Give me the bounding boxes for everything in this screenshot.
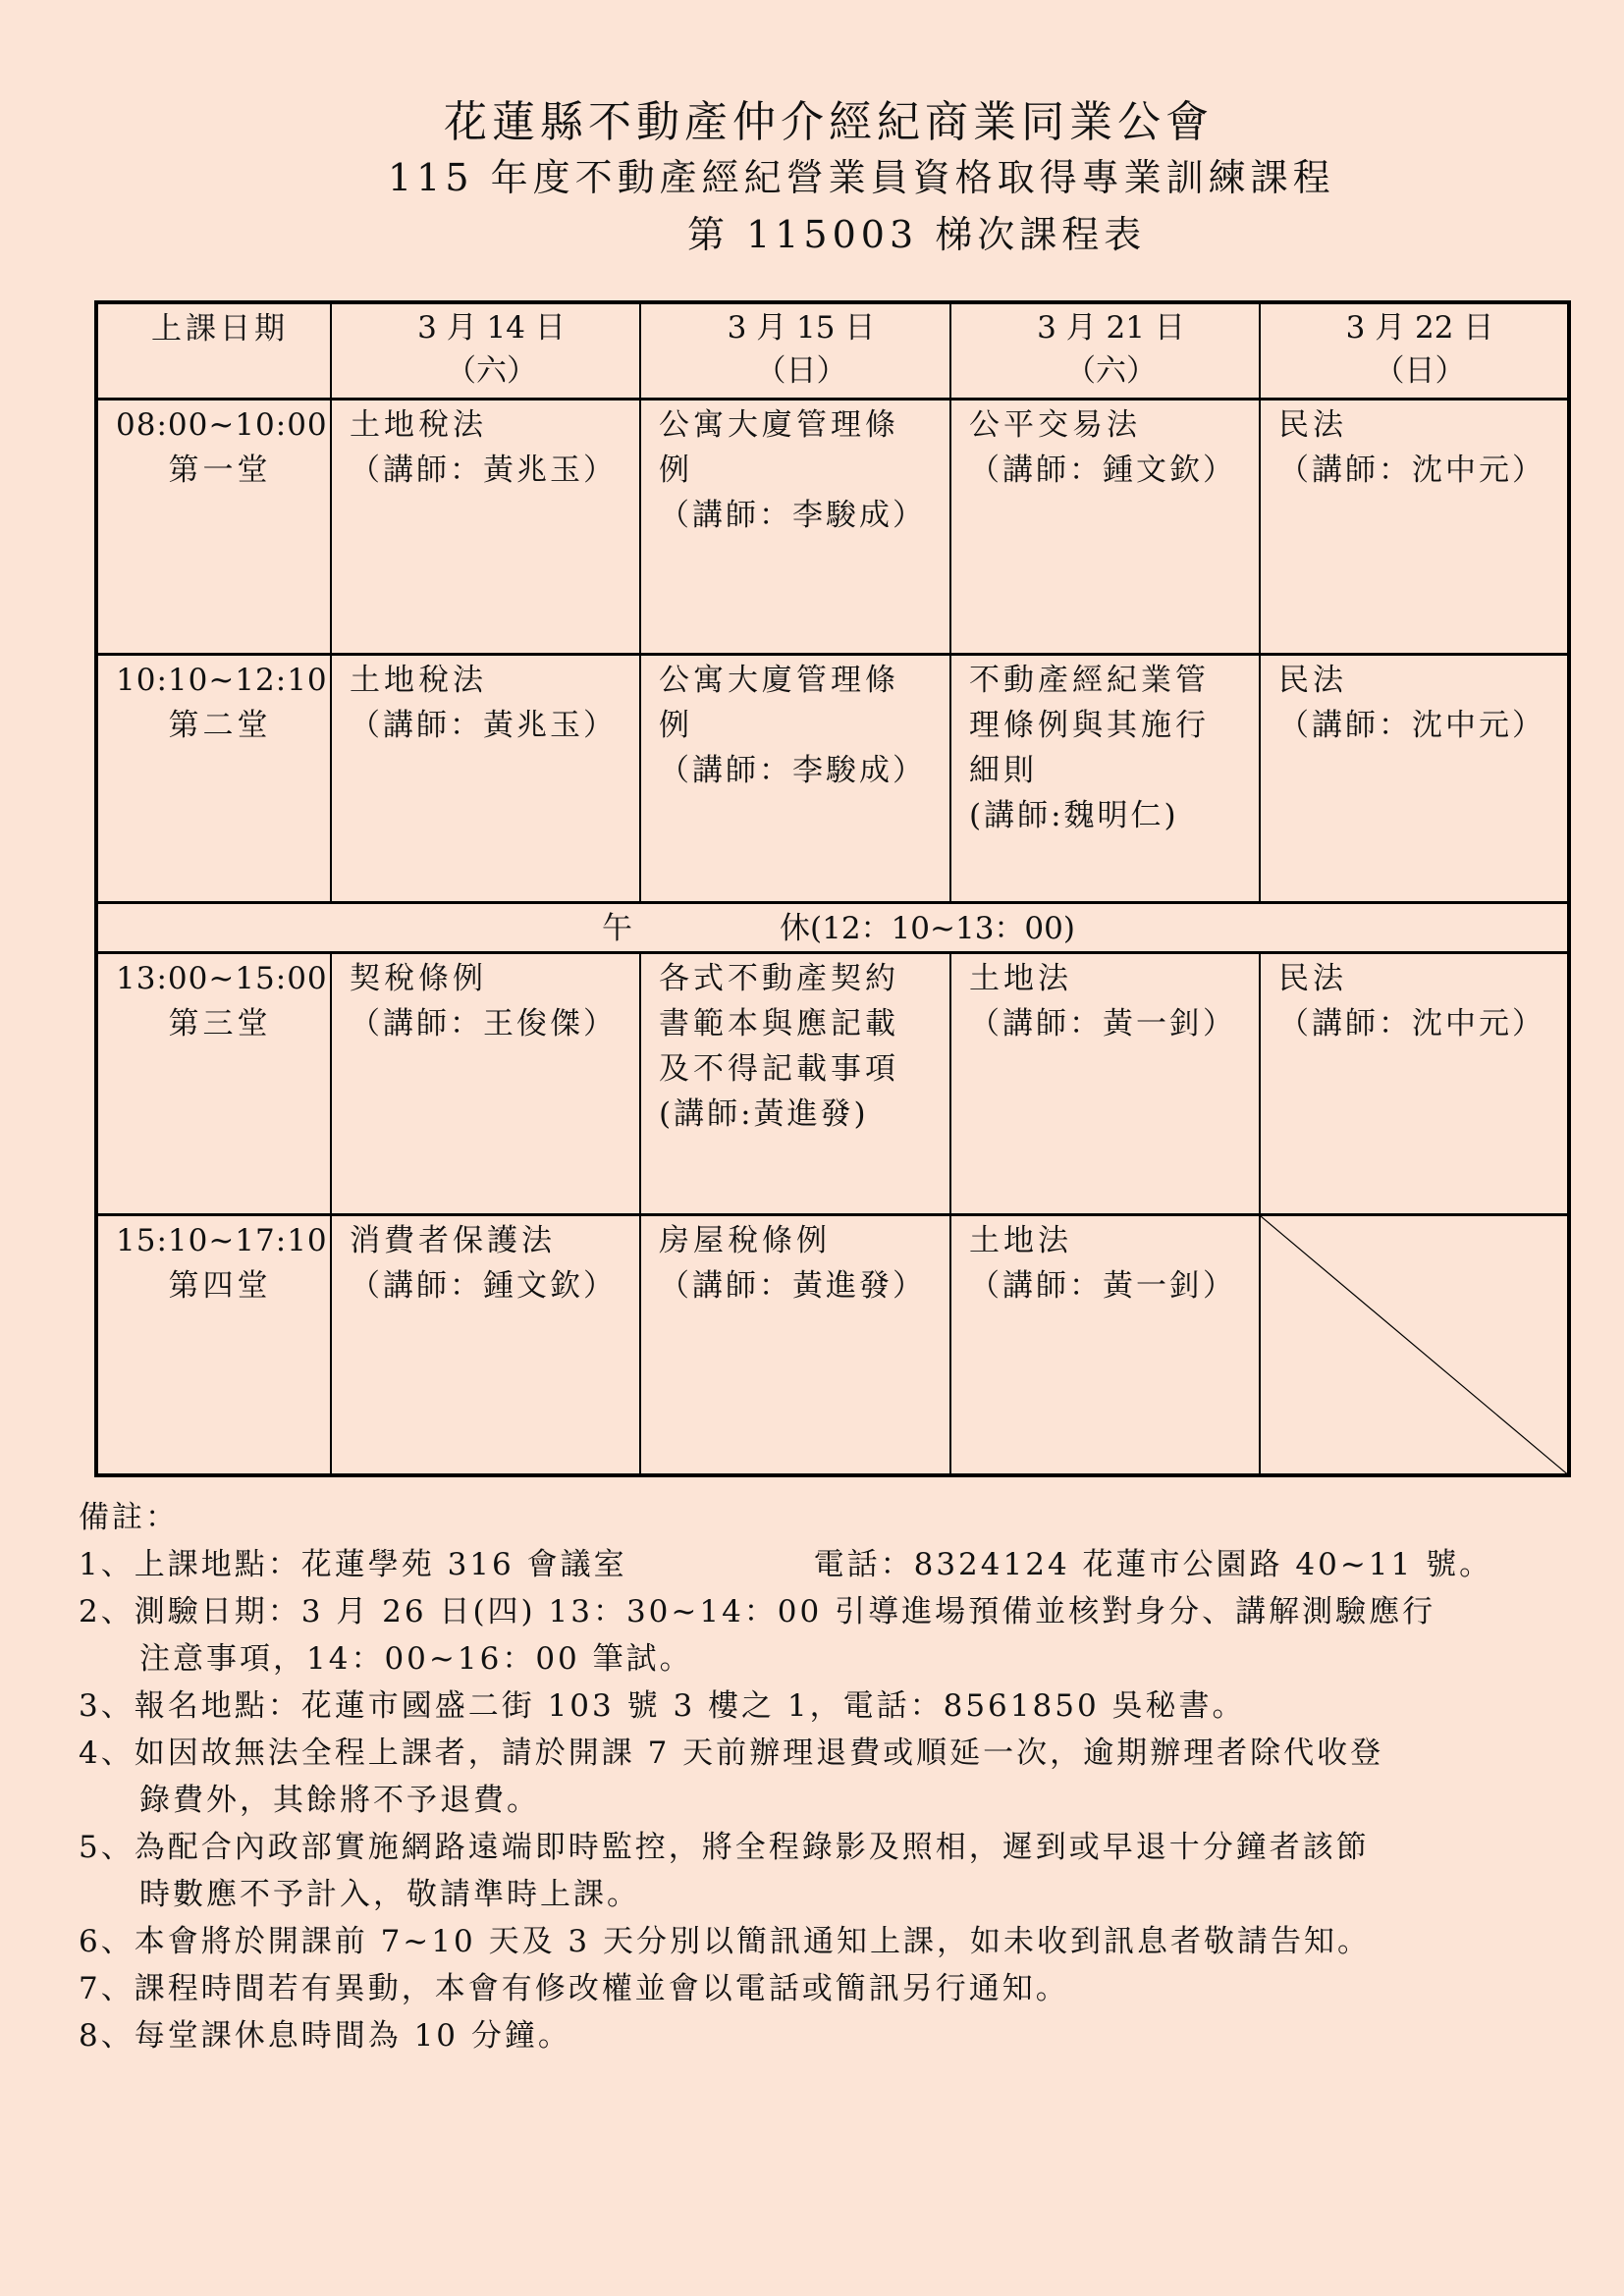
course-cell: 土地法 （講師：黃一釗）	[950, 1214, 1260, 1475]
note-text: 電話：8324124 花蓮市公園路 40~11 號。	[814, 1547, 1493, 1582]
course-name: 及不得記載事項	[659, 1046, 944, 1092]
note-item: 7、課程時間若有異動，本會有修改權並會以電話或簡訊另行通知。	[79, 1965, 1492, 2012]
day-date: 3 月 21 日	[969, 306, 1253, 349]
notes-section: 備註： 1、上課地點：花蓮學苑 316 會議室電話：8324124 花蓮市公園路…	[79, 1494, 1492, 2059]
course-name: 細則	[969, 748, 1253, 793]
note-text: 1、上課地點：花蓮學苑 316 會議室	[79, 1547, 627, 1582]
course-name: 公平交易法	[969, 402, 1253, 448]
course-name: 不動產經紀業管	[969, 658, 1253, 703]
course-name: 民法	[1278, 402, 1561, 448]
note-item: 5、為配合內政部實施網路遠端即時監控，將全程錄影及照相，遲到或早退十分鐘者該節	[79, 1824, 1492, 1871]
slot-time: 15:10~17:10	[116, 1218, 324, 1263]
course-name: 例	[659, 703, 944, 748]
day-header: 3 月 21 日 （六）	[950, 302, 1260, 399]
course-cell: 土地稅法 （講師：黃兆玉）	[331, 654, 640, 902]
teacher-name: （講師：鍾文欽）	[969, 448, 1253, 493]
slot-name: 第二堂	[116, 703, 324, 748]
day-weekday: （日）	[1278, 349, 1561, 393]
note-item: 8、每堂課休息時間為 10 分鐘。	[79, 2012, 1492, 2059]
org-name-title: 花蓮縣不動產仲介經紀商業同業公會	[444, 86, 1214, 149]
course-cell: 各式不動產契約 書範本與應記載 及不得記載事項 (講師:黃進發)	[640, 952, 950, 1214]
course-cell: 契稅條例 （講師：王俊傑）	[331, 952, 640, 1214]
course-cell: 土地稅法 （講師：黃兆玉）	[331, 399, 640, 654]
slot-time: 10:10~12:10	[116, 658, 324, 703]
day-date: 3 月 14 日	[350, 306, 633, 349]
course-name: 理條例與其施行	[969, 703, 1253, 748]
course-cell: 民法 （講師：沈中元）	[1260, 952, 1569, 1214]
course-cell: 消費者保護法 （講師：鍾文欽）	[331, 1214, 640, 1475]
teacher-name: （講師：沈中元）	[1278, 703, 1561, 748]
schedule-table: 上課日期 3 月 14 日 （六） 3 月 15 日 （日） 3 月 21 日 …	[94, 300, 1571, 1477]
course-name: 土地法	[969, 956, 1253, 1001]
course-cell: 民法 （講師：沈中元）	[1260, 654, 1569, 902]
course-name: 消費者保護法	[350, 1218, 633, 1263]
lunch-label: 午	[602, 906, 632, 951]
day-date: 3 月 15 日	[659, 306, 944, 349]
course-name: 土地稅法	[350, 402, 633, 448]
course-name: 公寓大廈管理條	[659, 402, 944, 448]
period-row: 15:10~17:10 第四堂 消費者保護法 （講師：鍾文欽） 房屋稅條例 （講…	[96, 1214, 1569, 1475]
slot-name: 第四堂	[116, 1263, 324, 1308]
course-name: 民法	[1278, 658, 1561, 703]
course-title: 115 年度不動產經紀營業員資格取得專業訓練課程	[388, 147, 1335, 201]
day-weekday: （日）	[659, 349, 944, 393]
time-slot: 10:10~12:10 第二堂	[96, 654, 331, 902]
note-item-cont: 時數應不予計入，敬請準時上課。	[79, 1871, 1492, 1918]
lunch-time: 休(12：10~13：00)	[780, 911, 1075, 946]
course-name: 土地稅法	[350, 658, 633, 703]
course-name: 各式不動產契約	[659, 956, 944, 1001]
corner-label: 上課日期	[96, 302, 331, 399]
teacher-name: （講師：李駿成）	[659, 493, 944, 538]
period-row: 13:00~15:00 第三堂 契稅條例 （講師：王俊傑） 各式不動產契約 書範…	[96, 952, 1569, 1214]
teacher-name: （講師：沈中元）	[1278, 1001, 1561, 1046]
course-cell: 不動產經紀業管 理條例與其施行 細則 (講師:魏明仁)	[950, 654, 1260, 902]
day-date: 3 月 22 日	[1278, 306, 1561, 349]
course-cell: 公寓大廈管理條 例 （講師：李駿成）	[640, 399, 950, 654]
course-name: 公寓大廈管理條	[659, 658, 944, 703]
teacher-name: （講師：沈中元）	[1278, 448, 1561, 493]
teacher-name: （講師：李駿成）	[659, 748, 944, 793]
note-item: 3、報名地點：花蓮市國盛二街 103 號 3 樓之 1，電話：8561850 吳…	[79, 1682, 1492, 1730]
time-slot: 08:00~10:00 第一堂	[96, 399, 331, 654]
slot-name: 第一堂	[116, 448, 324, 493]
teacher-name: （講師：黃兆玉）	[350, 448, 633, 493]
teacher-name: （講師：黃一釗）	[969, 1001, 1253, 1046]
teacher-name: （講師：黃進發）	[659, 1263, 944, 1308]
header-row: 上課日期 3 月 14 日 （六） 3 月 15 日 （日） 3 月 21 日 …	[96, 302, 1569, 399]
period-row: 08:00~10:00 第一堂 土地稅法 （講師：黃兆玉） 公寓大廈管理條 例 …	[96, 399, 1569, 654]
note-item-cont: 錄費外，其餘將不予退費。	[79, 1777, 1492, 1824]
note-item: 2、測驗日期：3 月 26 日(四) 13：30~14：00 引導進場預備並核對…	[79, 1588, 1492, 1635]
teacher-name: （講師：黃兆玉）	[350, 703, 633, 748]
time-slot: 13:00~15:00 第三堂	[96, 952, 331, 1214]
course-cell: 土地法 （講師：黃一釗）	[950, 952, 1260, 1214]
teacher-name: (講師:魏明仁)	[969, 793, 1253, 838]
notes-heading: 備註：	[79, 1494, 1492, 1541]
note-item: 1、上課地點：花蓮學苑 316 會議室電話：8324124 花蓮市公園路 40~…	[79, 1541, 1492, 1588]
course-name: 書範本與應記載	[659, 1001, 944, 1046]
teacher-name: （講師：王俊傑）	[350, 1001, 633, 1046]
teacher-name: (講師:黃進發)	[659, 1092, 944, 1137]
diagonal-slash-icon	[1261, 1216, 1567, 1474]
day-header: 3 月 14 日 （六）	[331, 302, 640, 399]
course-name: 例	[659, 448, 944, 493]
note-item: 4、如因故無法全程上課者，請於開課 7 天前辦理退費或順延一次，逾期辦理者除代收…	[79, 1730, 1492, 1777]
batch-title: 第 115003 梯次課程表	[687, 204, 1146, 258]
course-name: 民法	[1278, 956, 1561, 1001]
empty-cell-slash	[1260, 1214, 1569, 1475]
day-header: 3 月 22 日 （日）	[1260, 302, 1569, 399]
note-item: 6、本會將於開課前 7~10 天及 3 天分別以簡訊通知上課，如未收到訊息者敬請…	[79, 1918, 1492, 1965]
note-item-cont: 注意事項，14：00~16：00 筆試。	[79, 1635, 1492, 1682]
course-name: 房屋稅條例	[659, 1218, 944, 1263]
teacher-name: （講師：黃一釗）	[969, 1263, 1253, 1308]
period-row: 10:10~12:10 第二堂 土地稅法 （講師：黃兆玉） 公寓大廈管理條 例 …	[96, 654, 1569, 902]
course-cell: 民法 （講師：沈中元）	[1260, 399, 1569, 654]
lunch-break: 午休(12：10~13：00)	[96, 902, 1569, 952]
course-name: 土地法	[969, 1218, 1253, 1263]
course-cell: 公寓大廈管理條 例 （講師：李駿成）	[640, 654, 950, 902]
slot-time: 08:00~10:00	[116, 402, 324, 448]
lunch-row: 午休(12：10~13：00)	[96, 902, 1569, 952]
slot-time: 13:00~15:00	[116, 956, 324, 1001]
teacher-name: （講師：鍾文欽）	[350, 1263, 633, 1308]
slot-name: 第三堂	[116, 1001, 324, 1046]
day-weekday: （六）	[350, 349, 633, 393]
day-header: 3 月 15 日 （日）	[640, 302, 950, 399]
time-slot: 15:10~17:10 第四堂	[96, 1214, 331, 1475]
course-name: 契稅條例	[350, 956, 633, 1001]
course-cell: 房屋稅條例 （講師：黃進發）	[640, 1214, 950, 1475]
course-cell: 公平交易法 （講師：鍾文欽）	[950, 399, 1260, 654]
day-weekday: （六）	[969, 349, 1253, 393]
